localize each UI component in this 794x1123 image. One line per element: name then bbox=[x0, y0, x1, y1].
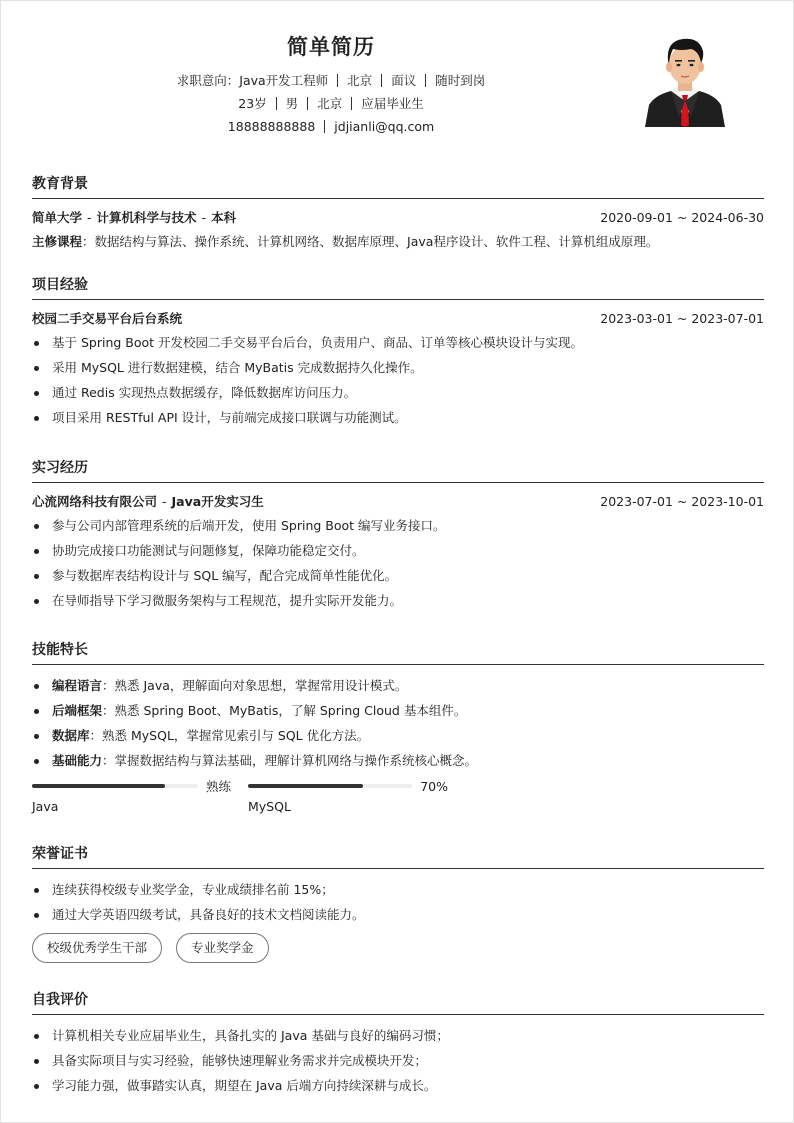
section-title: 自我评价 bbox=[32, 989, 764, 1015]
skill-label: 数据库 bbox=[52, 728, 90, 743]
courses-line: 主修课程：数据结构与算法、操作系统、计算机网络、数据库原理、Java程序设计、软… bbox=[32, 229, 764, 254]
internship-bullets: 参与公司内部管理系统的后端开发，使用 Spring Boot 编写业务接口。 协… bbox=[32, 513, 764, 613]
separator bbox=[324, 120, 325, 133]
project-name: 校园二手交易平台后台系统 bbox=[32, 308, 182, 330]
list-item: 协助完成接口功能测试与问题修复，保障功能稳定交付。 bbox=[32, 538, 764, 563]
resume-name: 简单简历 bbox=[1, 31, 661, 61]
project-date: 2023-03-01 ~ 2023-07-01 bbox=[600, 308, 764, 330]
education-section: 教育背景 简单大学-计算机科学与技术-本科 2020-09-01 ~ 2024-… bbox=[32, 173, 764, 254]
list-item: 项目采用 RESTful API 设计，与前端完成接口联调与功能测试。 bbox=[32, 405, 764, 430]
expected-salary: 面议 bbox=[391, 73, 416, 88]
gender: 男 bbox=[286, 96, 299, 111]
separator bbox=[307, 97, 308, 110]
email-address: jdjianli@qq.com bbox=[334, 119, 434, 134]
internship-date: 2023-07-01 ~ 2023-10-01 bbox=[600, 491, 764, 513]
list-item: 编程语言：熟悉 Java，理解面向对象思想，掌握常用设计模式。 bbox=[32, 673, 764, 698]
section-title: 项目经验 bbox=[32, 274, 764, 300]
progress-track bbox=[32, 784, 198, 788]
honors-bullets: 连续获得校级专业奖学金，专业成绩排名前 15%； 通过大学英语四级考试，具备良好… bbox=[32, 877, 764, 927]
skill-level: 70% bbox=[420, 779, 448, 794]
progress-track bbox=[248, 784, 412, 788]
intended-city: 北京 bbox=[347, 73, 372, 88]
section-title: 教育背景 bbox=[32, 173, 764, 199]
internship-title: 心流网络科技有限公司-Java开发实习生 bbox=[32, 491, 264, 513]
skill-bar-mysql: 70% MySQL bbox=[248, 777, 448, 814]
progress-fill bbox=[248, 784, 363, 788]
self-evaluation-bullets: 计算机相关专业应届毕业生，具备扎实的 Java 基础与良好的编码习惯； 具备实际… bbox=[32, 1023, 764, 1098]
list-item: 计算机相关专业应届毕业生，具备扎实的 Java 基础与良好的编码习惯； bbox=[32, 1023, 764, 1048]
skill-label: 后端框架 bbox=[52, 703, 102, 718]
list-item: 学习能力强，做事踏实认真，期望在 Java 后端方向持续深耕与成长。 bbox=[32, 1073, 764, 1098]
education-entry-header: 简单大学-计算机科学与技术-本科 2020-09-01 ~ 2024-06-30 bbox=[32, 207, 764, 229]
school-name: 简单大学 bbox=[32, 210, 82, 225]
separator bbox=[425, 74, 426, 87]
job-intention-row: 求职意向：Java开发工程师北京面议随时到岗 bbox=[1, 72, 661, 90]
list-item: 参与数据库表结构设计与 SQL 编写，配合完成简单性能优化。 bbox=[32, 563, 764, 588]
progress-fill bbox=[32, 784, 165, 788]
projects-section: 项目经验 校园二手交易平台后台系统 2023-03-01 ~ 2023-07-0… bbox=[32, 274, 764, 430]
section-title: 技能特长 bbox=[32, 639, 764, 665]
skill-bar-java: 熟练 Java bbox=[32, 777, 232, 814]
skill-label: 编程语言 bbox=[52, 678, 102, 693]
skill-level: 熟练 bbox=[206, 777, 231, 795]
personal-info-row: 23岁男北京应届毕业生 bbox=[1, 95, 661, 113]
separator bbox=[381, 74, 382, 87]
separator bbox=[276, 97, 277, 110]
list-item: 参与公司内部管理系统的后端开发，使用 Spring Boot 编写业务接口。 bbox=[32, 513, 764, 538]
self-evaluation-section: 自我评价 计算机相关专业应届毕业生，具备扎实的 Java 基础与良好的编码习惯；… bbox=[32, 989, 764, 1098]
skill-name: MySQL bbox=[248, 799, 448, 814]
separator bbox=[351, 97, 352, 110]
resume-header: 简单简历 求职意向：Java开发工程师北京面议随时到岗 23岁男北京应届毕业生 … bbox=[1, 1, 794, 151]
status: 应届毕业生 bbox=[361, 96, 424, 111]
courses-label: 主修课程 bbox=[32, 234, 82, 249]
honors-section: 荣誉证书 连续获得校级专业奖学金，专业成绩排名前 15%； 通过大学英语四级考试… bbox=[32, 843, 764, 963]
job-intention: 求职意向：Java开发工程师 bbox=[177, 73, 328, 88]
age: 23岁 bbox=[238, 96, 266, 111]
skill-name: Java bbox=[32, 799, 232, 814]
major: 计算机科学与技术 bbox=[97, 210, 197, 225]
education-date: 2020-09-01 ~ 2024-06-30 bbox=[600, 207, 764, 229]
phone-number: 18888888888 bbox=[228, 119, 315, 134]
skills-section: 技能特长 编程语言：熟悉 Java，理解面向对象思想，掌握常用设计模式。 后端框… bbox=[32, 639, 764, 814]
location: 北京 bbox=[317, 96, 342, 111]
list-item: 后端框架：熟悉 Spring Boot、MyBatis，了解 Spring Cl… bbox=[32, 698, 764, 723]
list-item: 在导师指导下学习微服务架构与工程规范，提升实际开发能力。 bbox=[32, 588, 764, 613]
list-item: 基于 Spring Boot 开发校园二手交易平台后台，负责用户、商品、订单等核… bbox=[32, 330, 764, 355]
section-title: 荣誉证书 bbox=[32, 843, 764, 869]
list-item: 通过大学英语四级考试，具备良好的技术文档阅读能力。 bbox=[32, 902, 764, 927]
avatar-portrait-icon bbox=[641, 27, 729, 127]
company-name: 心流网络科技有限公司 bbox=[32, 494, 157, 509]
skill-text: ：熟悉 MySQL，掌握常见索引与 SQL 优化方法。 bbox=[90, 728, 370, 743]
skill-text: ：熟悉 Java，理解面向对象思想，掌握常用设计模式。 bbox=[102, 678, 407, 693]
avatar bbox=[641, 27, 729, 127]
education-title: 简单大学-计算机科学与技术-本科 bbox=[32, 207, 236, 229]
honor-tag: 专业奖学金 bbox=[176, 933, 269, 963]
role: Java开发实习生 bbox=[172, 494, 264, 509]
honor-tag: 校级优秀学生干部 bbox=[32, 933, 162, 963]
internship-section: 实习经历 心流网络科技有限公司-Java开发实习生 2023-07-01 ~ 2… bbox=[32, 457, 764, 613]
list-item: 具备实际项目与实习经验，能够快速理解业务需求并完成模块开发； bbox=[32, 1048, 764, 1073]
list-item: 连续获得校级专业奖学金，专业成绩排名前 15%； bbox=[32, 877, 764, 902]
list-item: 通过 Redis 实现热点数据缓存，降低数据库访问压力。 bbox=[32, 380, 764, 405]
list-item: 基础能力：掌握数据结构与算法基础，理解计算机网络与操作系统核心概念。 bbox=[32, 748, 764, 773]
internship-entry-header: 心流网络科技有限公司-Java开发实习生 2023-07-01 ~ 2023-1… bbox=[32, 491, 764, 513]
skill-label: 基础能力 bbox=[52, 753, 102, 768]
project-entry-header: 校园二手交易平台后台系统 2023-03-01 ~ 2023-07-01 bbox=[32, 308, 764, 330]
contact-row: 18888888888jdjianli@qq.com bbox=[1, 118, 661, 136]
honor-tags: 校级优秀学生干部 专业奖学金 bbox=[32, 933, 764, 963]
skill-text: ：掌握数据结构与算法基础，理解计算机网络与操作系统核心概念。 bbox=[102, 753, 477, 768]
degree: 本科 bbox=[211, 210, 236, 225]
courses-text: ：数据结构与算法、操作系统、计算机网络、数据库原理、Java程序设计、软件工程、… bbox=[82, 234, 658, 249]
skill-bars: 熟练 Java 70% MySQL bbox=[32, 777, 764, 814]
list-item: 数据库：熟悉 MySQL，掌握常见索引与 SQL 优化方法。 bbox=[32, 723, 764, 748]
project-bullets: 基于 Spring Boot 开发校园二手交易平台后台，负责用户、商品、订单等核… bbox=[32, 330, 764, 430]
skills-bullets: 编程语言：熟悉 Java，理解面向对象思想，掌握常用设计模式。 后端框架：熟悉 … bbox=[32, 673, 764, 773]
list-item: 采用 MySQL 进行数据建模，结合 MyBatis 完成数据持久化操作。 bbox=[32, 355, 764, 380]
skill-text: ：熟悉 Spring Boot、MyBatis，了解 Spring Cloud … bbox=[102, 703, 466, 718]
section-title: 实习经历 bbox=[32, 457, 764, 483]
separator bbox=[337, 74, 338, 87]
resume-page: 简单简历 求职意向：Java开发工程师北京面议随时到岗 23岁男北京应届毕业生 … bbox=[0, 0, 794, 1123]
availability: 随时到岗 bbox=[435, 73, 485, 88]
